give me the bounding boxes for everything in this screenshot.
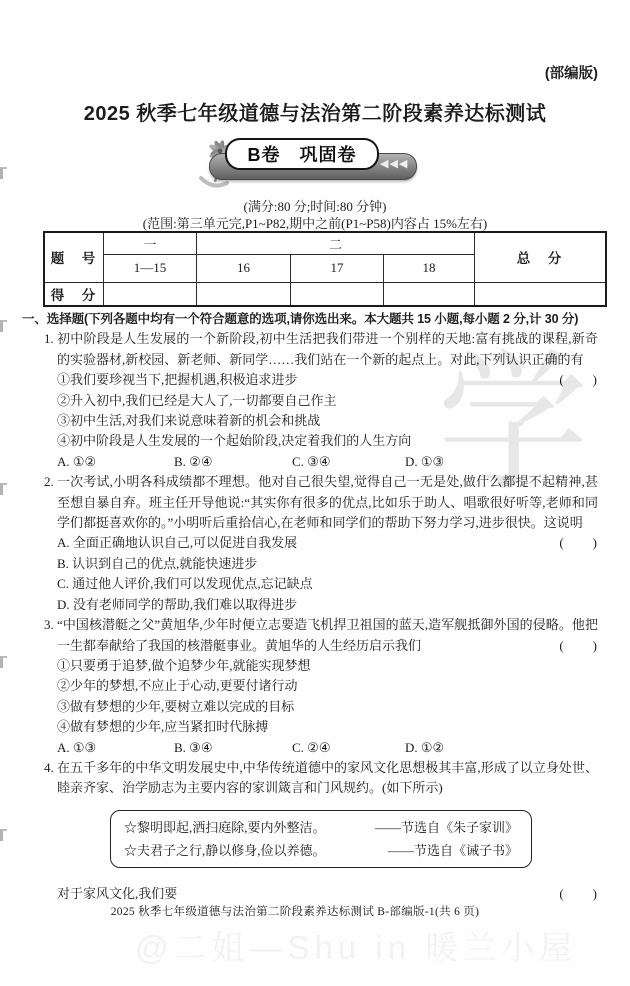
score-table-part1: 一 xyxy=(104,232,197,254)
exam-banner: ◀◀◀ B卷 巩固卷 xyxy=(193,136,433,194)
option-c: C. ②④ xyxy=(292,738,405,758)
quote-source: ——节选自《诫子书》 xyxy=(388,839,518,862)
option-c: C. ③④ xyxy=(292,452,405,472)
triple-left-arrows-icon: ◀◀◀ xyxy=(380,157,408,170)
score-table-score-header: 得 分 xyxy=(44,282,104,306)
statement-item: ④初中阶段是人生发展的一个起始阶段,决定着我们的人生方向 xyxy=(57,431,598,451)
statement-item: ①我们要珍视当下,把握机遇,积极追求进步 xyxy=(57,370,598,390)
quote-text: ☆夫君子之行,静以修身,俭以养德。 xyxy=(124,839,326,862)
question-body: 一、选择题(下列各题中均有一个符合题意的选项,请你选出来。本大题共 15 小题,… xyxy=(0,309,630,904)
quote-row: ☆夫君子之行,静以修身,俭以养德。 ——节选自《诫子书》 xyxy=(124,839,518,862)
edition-tag: (部编版) xyxy=(545,62,598,83)
option-d: D. ①③ xyxy=(405,452,598,472)
quote-row: ☆黎明即起,洒扫庭除,要内外整洁。 ——节选自《朱子家训》 xyxy=(124,816,518,839)
family-maxims-box: ☆黎明即起,洒扫庭除,要内外整洁。 ——节选自《朱子家训》 ☆夫君子之行,静以修… xyxy=(110,810,532,868)
score-table-question-header: 题 号 xyxy=(44,232,104,282)
question-1: 1. 初中阶段是人生发展的一个新阶段,初中生活把我们带进一个别样的天地:富有挑战… xyxy=(0,329,630,472)
score-table-col: 18 xyxy=(384,254,475,282)
stem-text: 一次考试,小明各科成绩都不理想。他对自己很失望,觉得自己一无是处,做什么都提不起… xyxy=(57,474,598,530)
score-table-col: 17 xyxy=(291,254,384,282)
score-cell-empty xyxy=(475,282,607,306)
statement-item: ③初中生活,对我们来说意味着新的机会和挑战 xyxy=(57,411,598,431)
answer-bracket: ( ) xyxy=(559,636,598,656)
score-table-total-header: 总 分 xyxy=(475,232,607,282)
question-stem: 一次考试,小明各科成绩都不理想。他对自己很失望,觉得自己一无是处,做什么都提不起… xyxy=(57,472,598,533)
watermark-bottom-text: @二姐—Shu in 暖兰小屋 xyxy=(135,922,577,969)
score-table-col: 16 xyxy=(197,254,291,282)
question-stem: 初中阶段是人生发展的一个新阶段,初中生活把我们带进一个别样的天地:富有挑战的课程… xyxy=(57,329,598,370)
statement-item: ④做有梦想的少年,应当紧扣时代脉搏 xyxy=(57,717,598,737)
option-a: A. ①② xyxy=(57,452,174,472)
options-row: A. ①③ B. ③④ C. ②④ D. ①② xyxy=(57,738,598,758)
answer-bracket: ( ) xyxy=(559,884,598,904)
statement-item: ②少年的梦想,不应止于心动,更要付诸行动 xyxy=(57,676,598,696)
question-3: 3. “中国核潜艇之父”黄旭华,少年时便立志要造飞机捍卫祖国的蓝天,造军舰抵御外… xyxy=(0,615,630,758)
answer-bracket: ( ) xyxy=(559,370,598,390)
question-2: 2. 一次考试,小明各科成绩都不理想。他对自己很失望,觉得自己一无是处,做什么都… xyxy=(0,472,630,615)
score-table: 题 号 一 二 总 分 1—15 16 17 18 得 分 xyxy=(43,231,607,307)
option-b: B. 认识到自己的优点,就能快速进步 xyxy=(57,554,598,574)
score-cell-empty xyxy=(104,282,197,306)
options-row: A. ①② B. ②④ C. ③④ D. ①③ xyxy=(57,452,598,472)
scan-artifact xyxy=(0,167,7,179)
tail-text: 对于家风文化,我们要 xyxy=(57,886,177,901)
stem-text: 初中阶段是人生发展的一个新阶段,初中生活把我们带进一个别样的天地:富有挑战的课程… xyxy=(57,331,598,366)
question-number: 1. xyxy=(44,329,54,349)
option-a: A. 全面正确地认识自己,可以促进自我发展 xyxy=(57,533,598,553)
question-tail: 对于家风文化,我们要( ) xyxy=(57,884,598,904)
option-c: C. 通过他人评价,我们可以发现优点,忘记缺点 xyxy=(57,574,598,594)
question-number: 3. xyxy=(44,615,54,635)
statement-item: ②升入初中,我们已经是大人了,一切都要自己作主 xyxy=(57,391,598,411)
score-table-col: 1—15 xyxy=(104,254,197,282)
question-stem: 在五千多年的中华文明发展史中,中华传统道德中的家风文化思想极其丰富,形成了以立身… xyxy=(57,758,598,799)
page-footer: 2025 秋季七年级道德与法治第二阶段素养达标测试 B-部编版-1(共 6 页) xyxy=(0,903,590,919)
option-b: B. ②④ xyxy=(174,452,292,472)
score-cell-empty xyxy=(384,282,475,306)
page-title: 2025 秋季七年级道德与法治第二阶段素养达标测试 xyxy=(0,97,630,126)
statement-item: ③做有梦想的少年,要树立难以完成的目标 xyxy=(57,697,598,717)
answer-bracket: ( ) xyxy=(559,533,598,553)
statement-item: ①只要勇于追梦,做个追梦少年,就能实现梦想 xyxy=(57,656,598,676)
question-stem: “中国核潜艇之父”黄旭华,少年时便立志要造飞机捍卫祖国的蓝天,造军舰抵御外国的侵… xyxy=(57,615,598,656)
score-cell-empty xyxy=(291,282,384,306)
question-4: 4. 在五千多年的中华文明发展史中,中华传统道德中的家风文化思想极其丰富,形成了… xyxy=(0,758,630,904)
scope-line: (范围:第三单元完,P1~P82,期中之前(P1~P58)内容占 15%左右) xyxy=(0,213,630,232)
exam-paper-page: 学 @二姐—Shu in 暖兰小屋 (部编版) 2025 秋季七年级道德与法治第… xyxy=(0,0,630,986)
quote-text: ☆黎明即起,洒扫庭除,要内外整洁。 xyxy=(124,816,326,839)
option-a: A. ①③ xyxy=(57,738,174,758)
section-heading: 一、选择题(下列各题中均有一个符合题意的选项,请你选出来。本大题共 15 小题,… xyxy=(22,309,630,329)
option-d: D. ①② xyxy=(405,738,598,758)
question-number: 4. xyxy=(44,758,54,778)
question-number: 2. xyxy=(44,472,54,492)
score-cell-empty xyxy=(197,282,291,306)
option-d: D. 没有老师同学的帮助,我们难以取得进步 xyxy=(57,595,598,615)
stem-text: 在五千多年的中华文明发展史中,中华传统道德中的家风文化思想极其丰富,形成了以立身… xyxy=(57,760,598,795)
score-table-part2: 二 xyxy=(197,232,475,254)
stem-text: “中国核潜艇之父”黄旭华,少年时便立志要造飞机捍卫祖国的蓝天,造军舰抵御外国的侵… xyxy=(57,617,598,652)
banner-label: B卷 巩固卷 xyxy=(225,138,379,170)
quote-source: ——节选自《朱子家训》 xyxy=(375,816,518,839)
option-b: B. ③④ xyxy=(174,738,292,758)
